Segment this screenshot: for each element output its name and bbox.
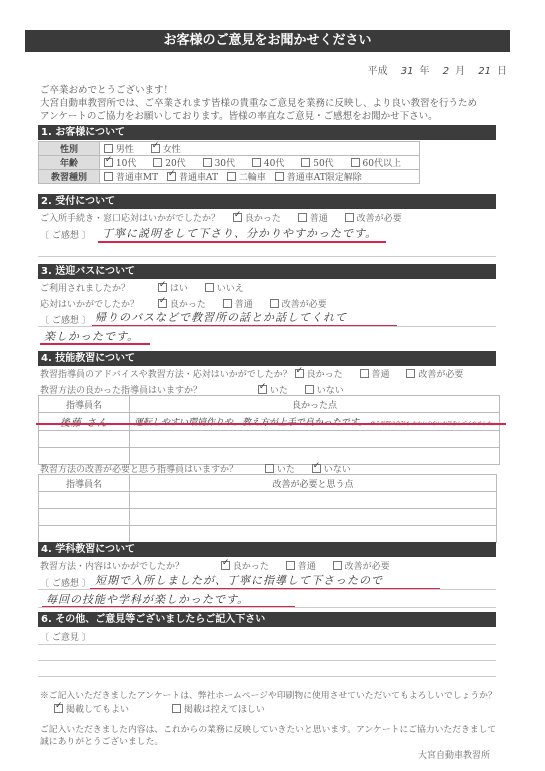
bad-instructor-table: 指導員名改善が必要と思う点 <box>38 474 497 543</box>
option-label: 50代 <box>313 159 333 169</box>
option-label: 改善が必要 <box>345 562 390 572</box>
col-header-instructor: 指導員名 <box>39 475 130 492</box>
age-option-60s[interactable]: 60代以上 <box>351 159 401 169</box>
date-day: 21 <box>478 66 491 77</box>
lecture-comment-line-1[interactable]: 短期で入所しましたが、丁寧に指導して下さったので <box>95 572 383 588</box>
intro-line-1: ご卒業おめでとうございます！ <box>40 84 477 97</box>
reception-comment-label: 〔 ご感想 〕 <box>40 228 91 241</box>
checkbox-checked-icon[interactable] <box>221 561 230 570</box>
instructor-name-cell[interactable]: 後藤 さん <box>39 413 130 431</box>
checkbox-checked-icon[interactable] <box>158 299 167 308</box>
option-label: 掲載は控えてほしい <box>184 705 265 715</box>
consent-options: 掲載してもよい 掲載は控えてほしい <box>54 702 279 715</box>
option-label: 良かった <box>233 562 269 572</box>
date-month-unit: 月 <box>455 66 465 77</box>
date-year: 31 <box>401 66 414 77</box>
intro-line-3: アンケートのご協力をお願いしております。皆様の率直なご意見・ご感想をお聞かせ下さ… <box>40 110 477 123</box>
divider <box>38 607 496 608</box>
gender-option-female[interactable]: 女性 <box>151 145 181 155</box>
option-label: 女性 <box>163 145 181 155</box>
red-underline <box>36 423 506 425</box>
bus-comment-line-1[interactable]: 帰りのバスなどで教習所の話とか話してくれて <box>95 309 347 325</box>
checkbox-checked-icon[interactable] <box>151 144 160 153</box>
option-label: 良かった <box>245 214 281 224</box>
option-label: はい <box>170 284 188 294</box>
option-label: 普通 <box>372 370 390 380</box>
option-label: 60代以上 <box>363 159 401 169</box>
checkbox-icon[interactable] <box>301 158 310 167</box>
option-label: 40代 <box>264 159 284 169</box>
checkbox-icon[interactable] <box>153 158 162 167</box>
improve-point-cell[interactable] <box>130 526 497 543</box>
course-label: 教習種別 <box>39 170 100 184</box>
age-option-20s[interactable]: 20代 <box>153 159 185 169</box>
reception-option-normal[interactable]: 普通 <box>298 214 328 224</box>
reception-option-improve[interactable]: 改善が必要 <box>345 214 402 224</box>
date-year-unit: 年 <box>420 66 430 77</box>
option-label: 男性 <box>116 145 134 155</box>
bus-use-row: ご利用されましたか？ はい いいえ <box>40 281 258 294</box>
red-underline <box>40 343 150 345</box>
option-label: 20代 <box>165 159 185 169</box>
checkbox-icon[interactable] <box>345 213 354 222</box>
option-label: 10代 <box>116 159 136 169</box>
table-row <box>39 492 497 509</box>
course-row: 教習種別 普通車MT 普通車AT 二輪車 普通車AT限定解除 <box>39 170 420 184</box>
checkbox-icon[interactable] <box>205 283 214 292</box>
course-option-at[interactable]: 普通車AT <box>167 173 218 183</box>
option-label: 普通車AT限定解除 <box>287 173 362 183</box>
table-row <box>39 431 500 448</box>
opinion-line[interactable] <box>38 644 496 645</box>
date-month: 2 <box>443 66 449 77</box>
option-label: 普通 <box>310 214 328 224</box>
age-option-40s[interactable]: 40代 <box>252 159 284 169</box>
bus-use-question: ご利用されましたか？ <box>40 281 155 294</box>
reception-question: ご入所手続き・窓口応対はいかがでしたか？ <box>40 214 220 224</box>
col-header-improve-points: 改善が必要と思う点 <box>130 475 497 492</box>
checkbox-icon[interactable] <box>305 385 314 394</box>
divider <box>38 589 496 590</box>
date-day-unit: 日 <box>497 66 507 77</box>
checkbox-checked-icon[interactable] <box>104 158 113 167</box>
reception-question-row: ご入所手続き・窓口応対はいかがでしたか？ 良かった 普通 改善が必要 <box>40 211 416 224</box>
opinion-line[interactable] <box>38 660 496 661</box>
divider <box>38 256 496 257</box>
intro-text: ご卒業おめでとうございます！ 大宮自動車教習所では、ご卒業されます皆様の貴重なご… <box>40 84 477 123</box>
checkbox-icon[interactable] <box>223 299 232 308</box>
lecture-comment-line-2[interactable]: 毎回の技能や学科が楽しかったです。 <box>46 591 249 607</box>
checkbox-icon[interactable] <box>298 213 307 222</box>
checkbox-checked-icon[interactable] <box>158 283 167 292</box>
checkbox-icon[interactable] <box>265 464 274 473</box>
good-point-cell[interactable]: 運転しやすい環境作りや、教え方が上手で良かったです。 休み時間の会話も たわいの… <box>130 413 500 431</box>
age-row: 年齢 10代 20代 30代 40代 50代 60代以上 <box>39 156 420 170</box>
lecture-question-row: 教習方法・内容はいかがでしたか？ 良かった 普通 改善が必要 <box>40 559 404 572</box>
skill-advice-normal[interactable]: 普通 <box>360 370 390 380</box>
option-label: いいえ <box>217 284 244 294</box>
lecture-option-normal[interactable]: 普通 <box>286 562 316 572</box>
reception-option-good[interactable]: 良かった <box>233 214 281 224</box>
checkbox-icon[interactable] <box>172 704 181 713</box>
instructor-name-cell[interactable] <box>39 526 130 543</box>
intro-line-2: 大宮自動車教習所では、ご卒業されます皆様の貴重なご意見を業務に反映し、より良い教… <box>40 97 477 110</box>
section-2-header: 2. 受付について <box>38 194 496 209</box>
skill-advice-row: 教習指導員のアドバイスや教習方法・応対はいかがでしたか？ 良かった 普通 改善が… <box>40 367 477 380</box>
checkbox-icon[interactable] <box>104 144 113 153</box>
checkbox-icon[interactable] <box>286 561 295 570</box>
checkbox-icon[interactable] <box>333 561 342 570</box>
checkbox-icon[interactable] <box>270 299 279 308</box>
skill-advice-question: 教習指導員のアドバイスや教習方法・応対はいかがでしたか？ <box>40 370 292 380</box>
checkbox-checked-icon[interactable] <box>233 213 242 222</box>
option-label: 30代 <box>215 159 235 169</box>
section-5-header: 4. 学科教習について <box>38 542 496 557</box>
option-label: 良かった <box>307 370 343 380</box>
checkbox-icon[interactable] <box>203 158 212 167</box>
checkbox-icon[interactable] <box>360 369 369 378</box>
consent-option-decline[interactable]: 掲載は控えてほしい <box>172 705 265 715</box>
table-row <box>39 526 497 543</box>
skill-advice-improve[interactable]: 改善が必要 <box>406 370 463 380</box>
instructor-name-cell[interactable] <box>39 492 130 509</box>
date-era: 平成 <box>368 66 388 77</box>
course-option-mt[interactable]: 普通車MT <box>104 173 158 183</box>
table-row: 後藤 さん 運転しやすい環境作りや、教え方が上手で良かったです。 休み時間の会話… <box>39 413 500 431</box>
option-label: 二輪車 <box>239 173 266 183</box>
gender-option-male[interactable]: 男性 <box>104 145 134 155</box>
consent-option-allow[interactable]: 掲載してもよい <box>54 705 129 715</box>
instructor-name-cell[interactable] <box>39 509 130 526</box>
skill-advice-good[interactable]: 良かった <box>295 370 343 380</box>
consent-question: ※ご記入いただきましたアンケートは、弊社ホームページや印刷物に使用させていただい… <box>40 688 497 701</box>
col-header-instructor: 指導員名 <box>39 396 130 413</box>
checkbox-checked-icon[interactable] <box>295 369 304 378</box>
checkbox-icon[interactable] <box>275 172 284 181</box>
checkbox-checked-icon[interactable] <box>54 704 63 713</box>
lecture-option-good[interactable]: 良かった <box>221 562 269 572</box>
instructor-name-cell[interactable] <box>39 431 130 448</box>
checkbox-icon[interactable] <box>104 172 113 181</box>
page-title: お客様のご意見をお聞かせください <box>25 30 510 52</box>
customer-info-table: 性別 男性 女性 年齢 10代 20代 30代 40代 50代 60代以上 教習… <box>38 141 420 184</box>
age-label: 年齢 <box>39 156 100 170</box>
course-option-at-release[interactable]: 普通車AT限定解除 <box>275 173 362 183</box>
bus-use-yes[interactable]: はい <box>158 284 188 294</box>
reception-comment[interactable]: 丁寧に説明をして下さり、分かりやすかったです。 <box>102 225 377 241</box>
section-1-header: 1. お客様について <box>38 125 496 140</box>
age-option-50s[interactable]: 50代 <box>301 159 333 169</box>
age-option-30s[interactable]: 30代 <box>203 159 235 169</box>
opinion-line[interactable] <box>38 676 496 677</box>
bus-comment-label: 〔 ご感想 〕 <box>40 313 91 326</box>
course-option-motorcycle[interactable]: 二輪車 <box>227 173 266 183</box>
thanks-line-2: 誠にありがとうございました。 <box>40 734 163 747</box>
checkbox-checked-icon[interactable] <box>312 464 321 473</box>
option-label: 普通車AT <box>179 173 218 183</box>
section-6-header: 6. その他、ご意見等ございましたらご記入下さい <box>38 612 496 627</box>
gender-row: 性別 男性 女性 <box>39 142 420 156</box>
signature: 大宮自動車教習所 <box>418 748 490 761</box>
course-options: 普通車MT 普通車AT 二輪車 普通車AT限定解除 <box>99 170 419 184</box>
bus-use-no[interactable]: いいえ <box>205 284 244 294</box>
good-point-cell[interactable] <box>130 431 500 448</box>
col-header-good-points: 良かった点 <box>130 396 500 413</box>
option-label: 掲載してもよい <box>66 705 129 715</box>
checkbox-icon[interactable] <box>351 158 360 167</box>
age-option-10s[interactable]: 10代 <box>104 159 136 169</box>
lecture-option-improve[interactable]: 改善が必要 <box>333 562 390 572</box>
improve-point-cell[interactable] <box>130 492 497 509</box>
checkbox-checked-icon[interactable] <box>167 172 176 181</box>
option-label: 改善が必要 <box>418 370 463 380</box>
red-underline <box>98 241 386 243</box>
section-4-header: 4. 技能教習について <box>38 351 496 366</box>
checkbox-icon[interactable] <box>406 369 415 378</box>
age-options: 10代 20代 30代 40代 50代 60代以上 <box>99 156 419 170</box>
opinion-label: 〔 ご意見 〕 <box>40 630 91 643</box>
gender-options: 男性 女性 <box>99 142 419 156</box>
checkbox-icon[interactable] <box>227 172 236 181</box>
option-label: 改善が必要 <box>357 214 402 224</box>
improve-point-cell[interactable] <box>130 509 497 526</box>
option-label: 普通車MT <box>116 173 158 183</box>
lecture-comment-label: 〔 ご感想 〕 <box>40 576 91 589</box>
divider <box>38 326 496 327</box>
gender-label: 性別 <box>39 142 100 156</box>
lecture-question: 教習方法・内容はいかがでしたか？ <box>40 559 218 572</box>
section-3-header: 3. 送迎バスについて <box>38 264 496 279</box>
date-line: 平成 31年 2月 21日 <box>368 62 507 77</box>
bus-comment-line-2[interactable]: 楽しかったです。 <box>44 328 139 344</box>
option-label: 普通 <box>298 562 316 572</box>
good-instructor-table: 指導員名良かった点 後藤 さん 運転しやすい環境作りや、教え方が上手で良かったで… <box>38 395 500 465</box>
table-row <box>39 509 497 526</box>
checkbox-checked-icon[interactable] <box>258 385 267 394</box>
checkbox-icon[interactable] <box>252 158 261 167</box>
